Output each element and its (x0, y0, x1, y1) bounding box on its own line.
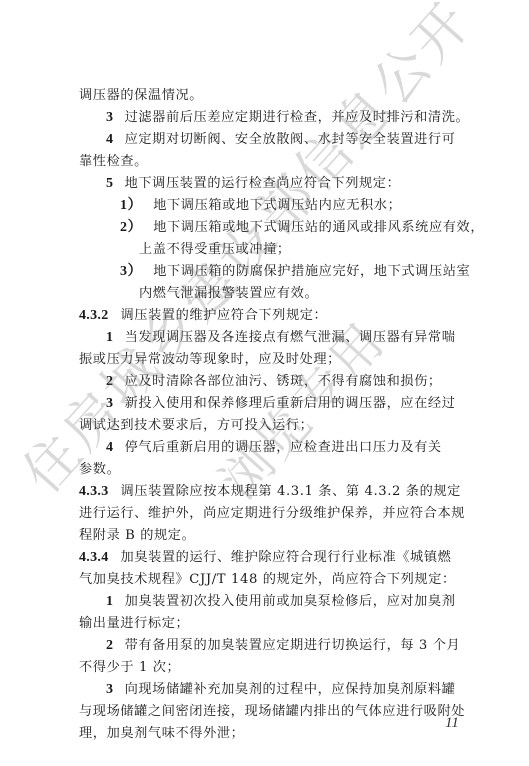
text-line: 3）地下调压箱的防腐保护措施应完好，地下式调压站室 (79, 261, 457, 283)
item-number: 2） (120, 220, 142, 235)
text-line: 振或压力异常波动等现象时，应及时处理； (79, 349, 457, 371)
line-text: 振或压力异常波动等现象时，应及时处理； (79, 352, 341, 367)
text-line: 内燃气泄漏报警装置应有效。 (79, 283, 457, 305)
line-text: 加臭装置初次投入使用前或加臭泵检修后，应对加臭剂 (125, 594, 456, 609)
line-text: 不得少于 1 次； (79, 660, 180, 675)
line-text: 理，加臭剂气味不得外泄； (79, 726, 244, 741)
text-line: 不得少于 1 次； (79, 657, 457, 679)
text-line: 调压器的保温情况。 (79, 85, 457, 107)
section-number: 4.3.4 (79, 550, 109, 565)
text-line: 气加臭技术规程》CJJ/T 148 的规定外，尚应符合下列规定： (79, 569, 457, 591)
text-line: 靠性检查。 (79, 151, 457, 173)
line-text: 停气后重新启用的调压器，应检查进出口压力及有关 (125, 440, 442, 455)
text-line: 3向现场储罐补充加臭剂的过程中，应保持加臭剂原料罐 (79, 679, 457, 701)
line-text: 当发现调压器及各连接点有燃气泄漏、调压器有异常喘 (125, 330, 456, 345)
line-text: 与现场储罐之间密闭连接，现场储罐内排出的气体应进行吸附处 (79, 704, 465, 719)
document-page: 调压器的保温情况。3过滤器前后压差应定期进行检查，并应及时排污和清洗。4应定期对… (0, 0, 529, 766)
line-text: 程附录 B 的规定。 (79, 528, 195, 543)
line-text: 上盖不得受重压或冲撞； (139, 242, 291, 257)
text-line: 理，加臭剂气味不得外泄； (79, 723, 457, 745)
line-text: 地下调压箱或地下式调压站的通风或排风系统应有效， (153, 220, 484, 235)
text-line: 调试达到技术要求后，方可投入运行； (79, 415, 457, 437)
text-line: 输出量进行标定； (79, 613, 457, 635)
line-text: 调压装置除应按本规程第 4.3.1 条、第 4.3.2 条的规定 (121, 484, 461, 499)
line-text: 输出量进行标定； (79, 616, 189, 631)
page-number: 11 (445, 715, 459, 732)
text-line: 2）地下调压箱或地下式调压站的通风或排风系统应有效， (79, 217, 457, 239)
section-number: 4.3.3 (79, 484, 109, 499)
text-line: 4应定期对切断阀、安全放散阀、水封等安全装置进行可 (79, 129, 457, 151)
item-number: 1 (106, 330, 114, 345)
text-line: 与现场储罐之间密闭连接，现场储罐内排出的气体应进行吸附处 (79, 701, 457, 723)
line-text: 内燃气泄漏报警装置应有效。 (139, 286, 318, 301)
text-line: 2应及时清除各部位油污、锈斑，不得有腐蚀和损伤； (79, 371, 457, 393)
text-line: 1）地下调压箱或地下式调压站内应无积水； (79, 195, 457, 217)
text-line: 3过滤器前后压差应定期进行检查，并应及时排污和清洗。 (79, 107, 457, 129)
text-line: 1加臭装置初次投入使用前或加臭泵检修后，应对加臭剂 (79, 591, 457, 613)
line-text: 进行运行、维护外，尚应定期进行分级维护保养，并应符合本规 (79, 506, 465, 521)
text-line: 进行运行、维护外，尚应定期进行分级维护保养，并应符合本规 (79, 503, 457, 525)
item-number: 5 (106, 176, 114, 191)
item-number: 3 (106, 396, 114, 411)
item-number: 1） (120, 198, 142, 213)
line-text: 调试达到技术要求后，方可投入运行； (79, 418, 313, 433)
line-text: 地下调压箱或地下式调压站内应无积水； (153, 198, 401, 213)
line-text: 地下调压装置的运行检查尚应符合下列规定： (125, 176, 401, 191)
line-text: 靠性检查。 (79, 154, 148, 169)
text-line: 上盖不得受重压或冲撞； (79, 239, 457, 261)
line-text: 地下调压箱的防腐保护措施应完好，地下式调压站室 (153, 264, 470, 279)
section-number: 4.3.2 (79, 308, 109, 323)
line-text: 气加臭技术规程》CJJ/T 148 的规定外，尚应符合下列规定： (79, 572, 456, 587)
text-line: 4.3.4加臭装置的运行、维护除应符合现行行业标准《城镇燃 (79, 547, 457, 569)
text-line: 4停气后重新启用的调压器，应检查进出口压力及有关 (79, 437, 457, 459)
line-text: 应及时清除各部位油污、锈斑，不得有腐蚀和损伤； (125, 374, 442, 389)
item-number: 4 (106, 440, 114, 455)
line-text: 向现场储罐补充加臭剂的过程中，应保持加臭剂原料罐 (125, 682, 456, 697)
item-number: 4 (106, 132, 114, 147)
line-text: 加臭装置的运行、维护除应符合现行行业标准《城镇燃 (121, 550, 452, 565)
text-line: 程附录 B 的规定。 (79, 525, 457, 547)
line-text: 应定期对切断阀、安全放散阀、水封等安全装置进行可 (125, 132, 456, 147)
text-line: 5地下调压装置的运行检查尚应符合下列规定： (79, 173, 457, 195)
item-number: 2 (106, 374, 114, 389)
text-line: 参数。 (79, 459, 457, 481)
item-number: 3 (106, 110, 114, 125)
line-text: 带有备用泵的加臭装置应定期进行切换运行，每 3 个月 (125, 638, 461, 653)
line-text: 过滤器前后压差应定期进行检查，并应及时排污和清洗。 (125, 110, 470, 125)
item-number: 2 (106, 638, 114, 653)
text-line: 3新投入使用和保养修理后重新启用的调压器，应在经过 (79, 393, 457, 415)
text-line: 4.3.3调压装置除应按本规程第 4.3.1 条、第 4.3.2 条的规定 (79, 481, 457, 503)
text-line: 1当发现调压器及各连接点有燃气泄漏、调压器有异常喘 (79, 327, 457, 349)
line-text: 调压器的保温情况。 (79, 88, 203, 103)
text-line: 4.3.2调压装置的维护应符合下列规定： (79, 305, 457, 327)
item-number: 3） (120, 264, 142, 279)
document-body: 调压器的保温情况。3过滤器前后压差应定期进行检查，并应及时排污和清洗。4应定期对… (79, 85, 457, 745)
line-text: 调压装置的维护应符合下列规定： (121, 308, 328, 323)
item-number: 3 (106, 682, 114, 697)
line-text: 新投入使用和保养修理后重新启用的调压器，应在经过 (125, 396, 456, 411)
line-text: 参数。 (79, 462, 120, 477)
item-number: 1 (106, 594, 114, 609)
text-line: 2带有备用泵的加臭装置应定期进行切换运行，每 3 个月 (79, 635, 457, 657)
